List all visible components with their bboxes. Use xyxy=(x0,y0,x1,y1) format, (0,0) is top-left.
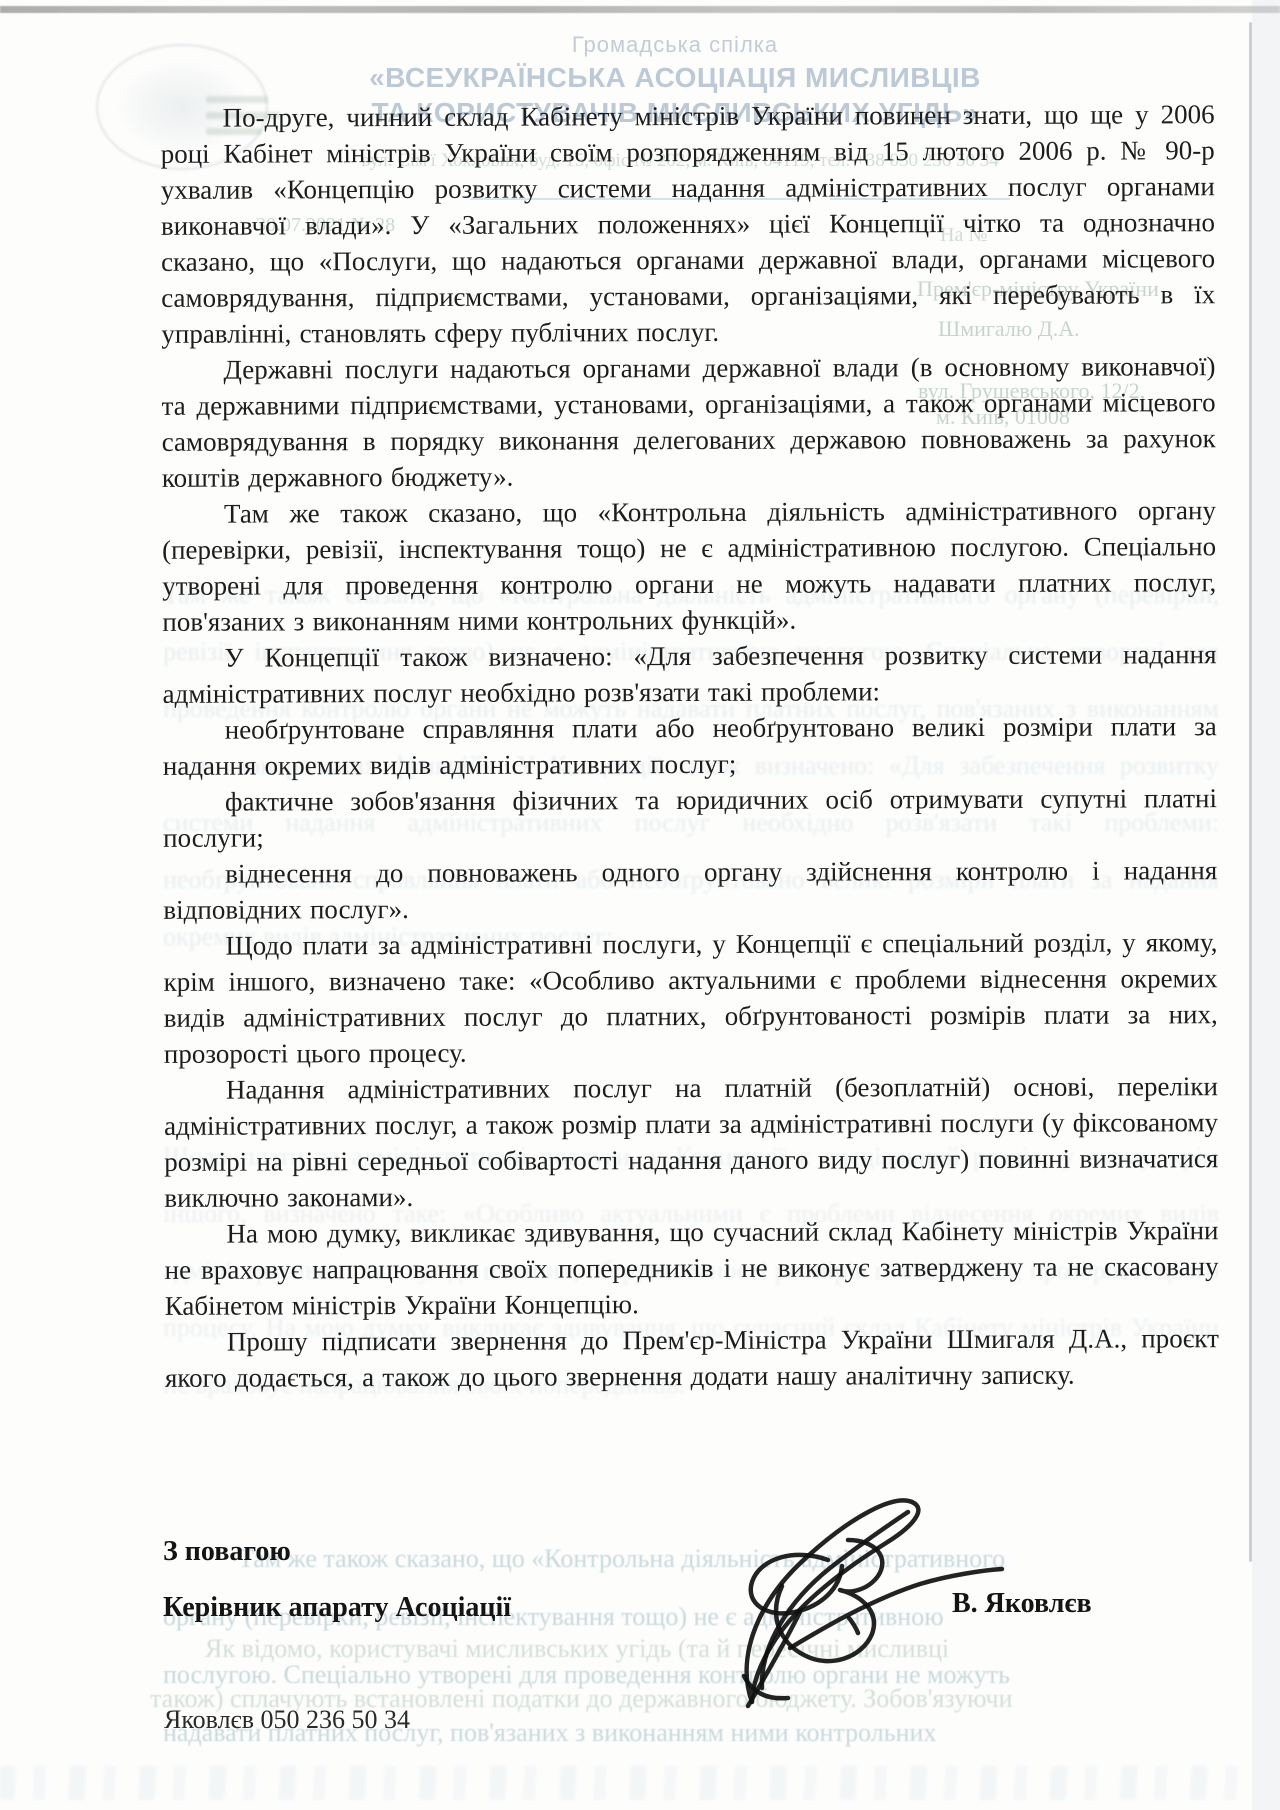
letterhead-org-name-line1: «ВСЕУКРАЇНСЬКА АСОЦІАЦІЯ МИСЛИВЦІВ xyxy=(165,62,1185,94)
signature-stroke xyxy=(849,1618,858,1633)
scan-right-margin xyxy=(1252,0,1280,1810)
letter-body: По-друге, чинний склад Кабінету міністрі… xyxy=(161,96,1220,1524)
signature-stroke xyxy=(790,1569,1002,1648)
paragraph: Прошу підписати звернення до Прем'єр-Мін… xyxy=(165,1320,1219,1396)
scan-top-edge xyxy=(0,6,1280,13)
regards-line: З повагою xyxy=(163,1536,291,1568)
signature-scrawl xyxy=(700,1460,1040,1740)
paragraph: необґрунтоване справляння плати або необ… xyxy=(163,708,1217,784)
paragraph: фактичне зобов'язання фізичних та юридич… xyxy=(163,780,1217,856)
paragraph: Там же також сказано, що «Контрольна дія… xyxy=(162,492,1216,640)
paragraph: віднесення до повноважень одного органу … xyxy=(163,852,1217,928)
contact-phone: Яковлєв 050 236 50 34 xyxy=(164,1705,410,1735)
paragraph: Щодо плати за адміністративні послуги, у… xyxy=(163,924,1217,1072)
paragraph: На мою думку, викликає здивування, що су… xyxy=(164,1212,1218,1324)
scan-bottom-noise xyxy=(0,1766,1280,1800)
scan-right-edge-line xyxy=(1249,22,1252,1562)
signer-position: Керівник апарату Асоціації xyxy=(163,1592,511,1624)
signature-stroke xyxy=(747,1500,919,1702)
paragraph: По-друге, чинний склад Кабінету міністрі… xyxy=(161,96,1216,352)
paragraph: Надання адміністративних послуг на платн… xyxy=(164,1068,1218,1216)
paragraph: Державні послуги надаються органами держ… xyxy=(161,348,1215,496)
paragraph: У Концепції також визначено: «Для забезп… xyxy=(162,636,1216,712)
letterhead-org-type: Громадська спілка xyxy=(165,32,1185,58)
scanned-letter-page: { "letterhead": { "org_type": "Громадськ… xyxy=(0,0,1280,1810)
